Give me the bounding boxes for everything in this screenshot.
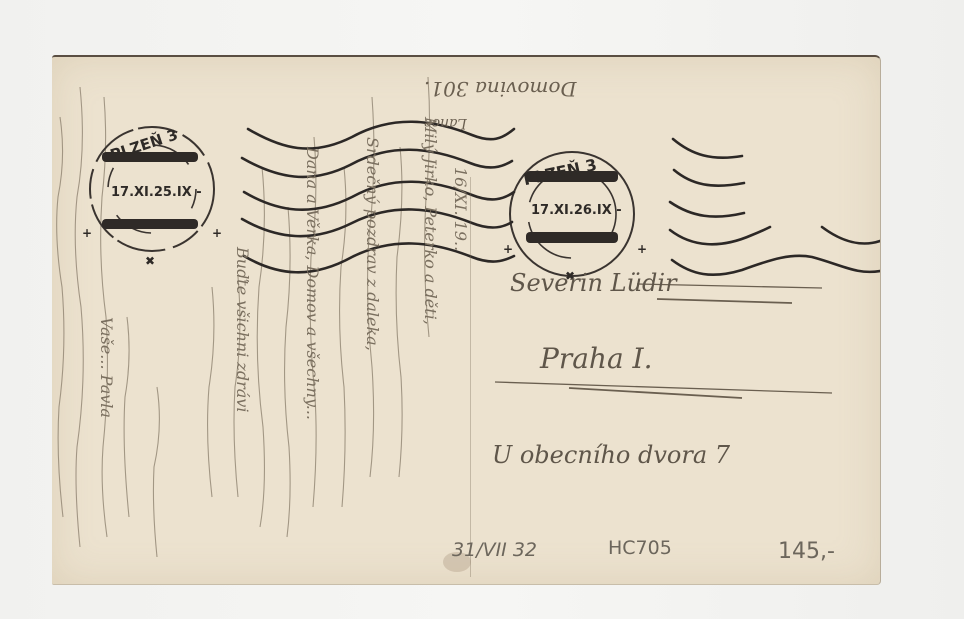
message-line: Buďte všichni zdrávi [233,247,252,412]
price-note: 145,- [778,539,835,564]
postcard: 17.XI.25.IX - PLZEŇ 3 + + ✖ 17.XI.26.IX … [52,55,881,585]
catalog-code: HC705 [608,537,672,559]
svg-text:+: + [503,242,513,256]
postcard-markings: 17.XI.25.IX - PLZEŇ 3 + + ✖ 17.XI.26.IX … [52,57,880,584]
message-line: Dana a Věrka, Domov a všechny... [303,147,322,420]
postmark-right: 17.XI.26.IX - PLZEŇ 3 + + ✖ [503,152,647,283]
svg-text:✖: ✖ [145,254,155,268]
address-line-1: Severin Lüdir [510,269,677,297]
upside-down-note: Domovina 301. [424,77,576,101]
svg-text:17.XI.26.IX -: 17.XI.26.IX - [531,203,622,218]
postmark-left: 17.XI.25.IX - PLZEŇ 3 + + ✖ [82,125,222,268]
wavy-cancel-right [670,139,880,275]
svg-text:PLZEŇ 3: PLZEŇ 3 [522,155,599,189]
address-divider-line [470,177,471,577]
address-line-3: U obecního dvora 7 [492,441,730,469]
message-line: Vaše... Pavla [97,317,116,418]
svg-text:+: + [82,226,92,240]
svg-text:17.XI.25.IX -: 17.XI.25.IX - [111,185,202,200]
svg-text:+: + [212,226,222,240]
address-line-2: Praha I. [540,342,653,375]
svg-text:+: + [637,242,647,256]
message-date: 16/XI. 19.. [451,167,470,251]
message-line: Milý Jirko, Peterko a děti, [421,117,440,325]
pencil-date-note: 31/VII 32 [452,539,537,561]
message-line: Srdečný pozdrav z daleka, [363,137,382,351]
